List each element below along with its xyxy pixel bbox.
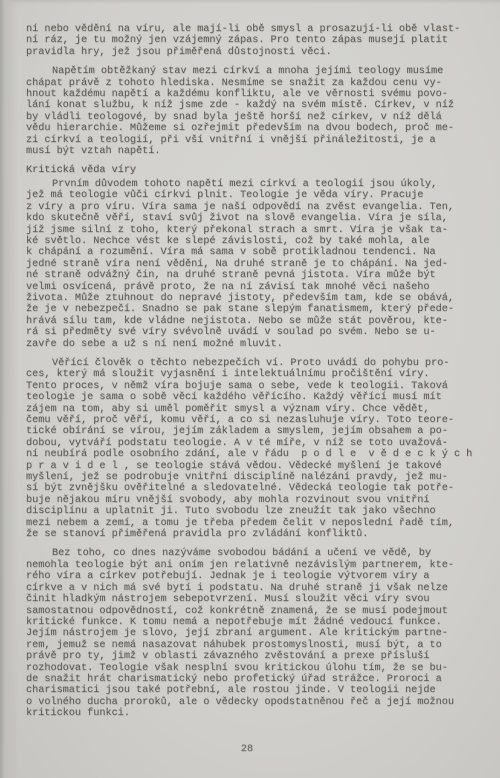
paragraph: Napětím obtěžkaný stav mezi církví a mno… — [26, 66, 494, 157]
page-number: 28 — [0, 744, 494, 755]
paragraph: Prvním důvodem tohoto napětí mezi církví… — [26, 179, 494, 350]
section-heading: Kritická věda víry — [26, 165, 494, 176]
paragraph: Věřící člověk o těchto nebezpečích ví. P… — [26, 358, 494, 541]
paragraph-continuation: ní nebo vědění na víru, ale mají-li obě … — [26, 24, 494, 58]
text-column: ní nebo vědění na víru, ale mají-li obě … — [26, 24, 494, 728]
scanned-page: ní nebo vědění na víru, ale mají-li obě … — [0, 0, 500, 778]
paragraph: Bez toho, co dnes nazýváme svobodou bádá… — [26, 548, 494, 719]
